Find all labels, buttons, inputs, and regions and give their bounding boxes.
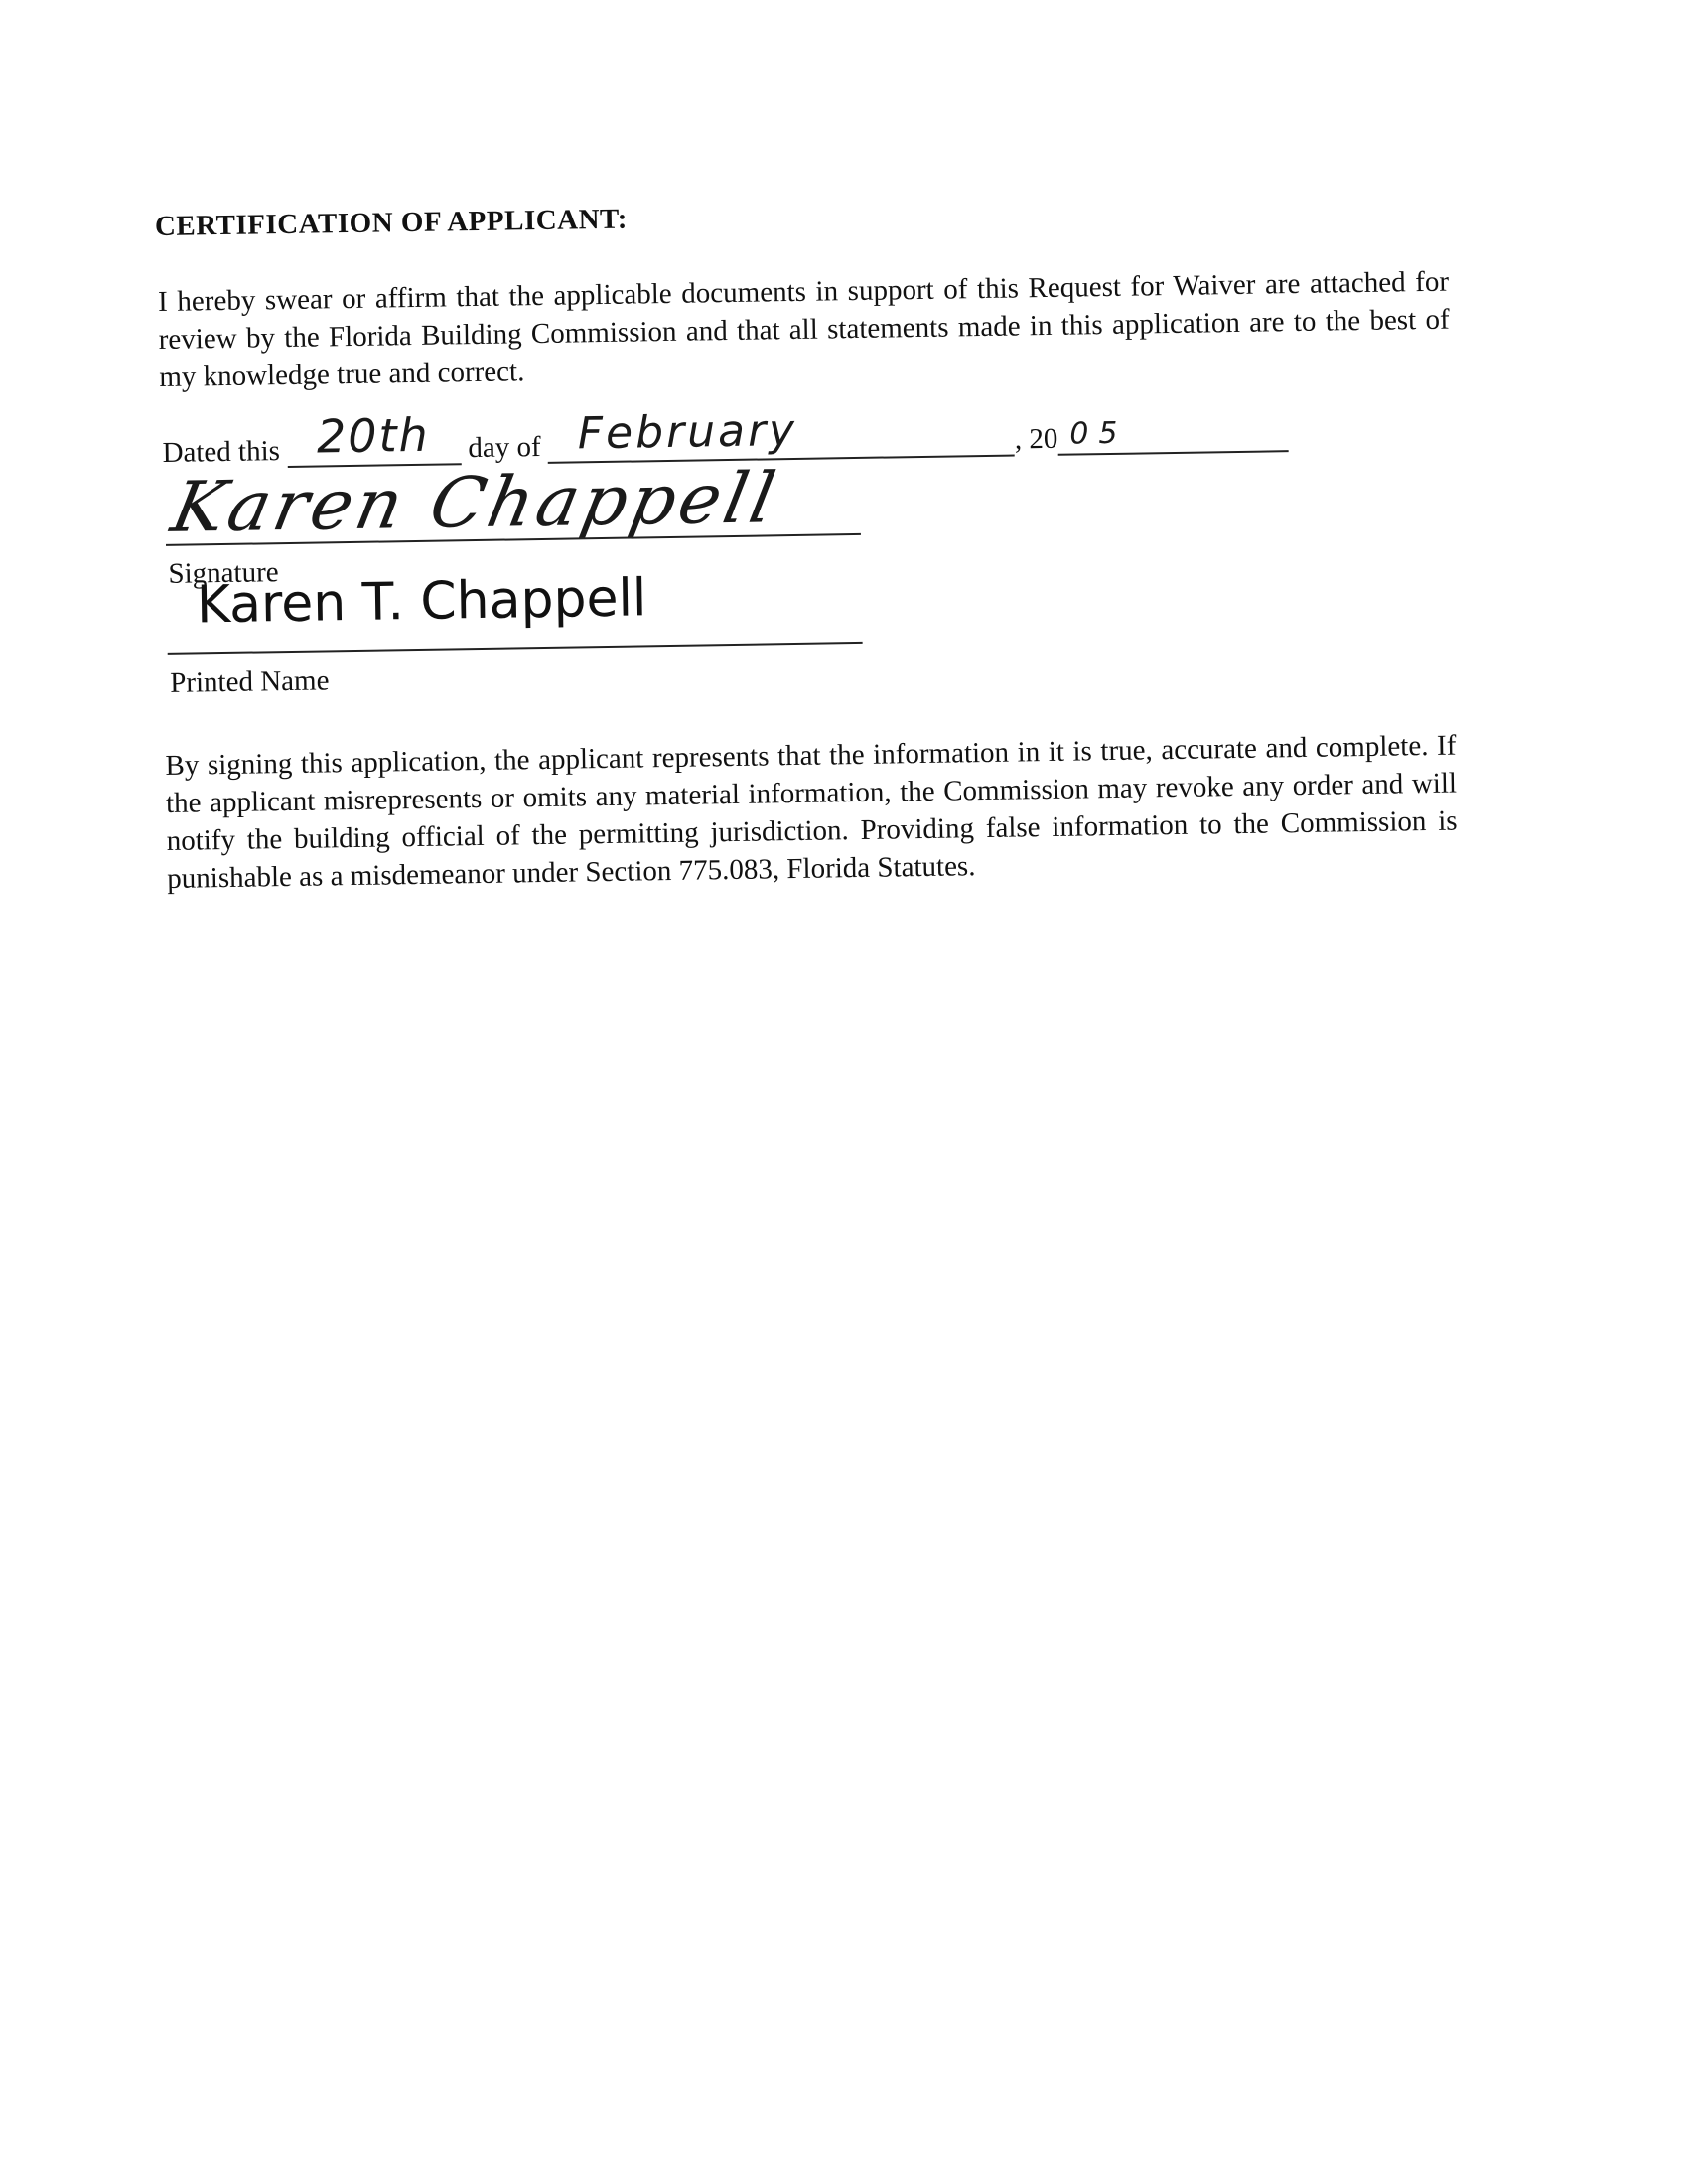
printed-name-label: Printed Name: [170, 664, 330, 700]
handwritten-signature: Karen Chappell: [165, 457, 785, 548]
certification-paragraph: I hereby swear or affirm that the applic…: [158, 263, 1451, 396]
year-value: 05: [1069, 416, 1128, 452]
month-value: February: [577, 405, 797, 459]
printed-name-value: Karen T. Chappell: [196, 568, 646, 635]
dated-this-label: Dated this: [162, 435, 280, 469]
disclaimer-paragraph: By signing this application, the applica…: [165, 727, 1458, 898]
day-value: 20th: [317, 408, 431, 464]
year-prefix: , 20: [1015, 423, 1058, 456]
day-of-label: day of: [468, 431, 541, 464]
section-heading: CERTIFICATION OF APPLICANT:: [155, 204, 628, 243]
year-field[interactable]: 05: [1057, 420, 1288, 456]
document-page: CERTIFICATION OF APPLICANT: I hereby swe…: [0, 0, 1688, 2184]
printed-name-line[interactable]: [168, 642, 863, 655]
